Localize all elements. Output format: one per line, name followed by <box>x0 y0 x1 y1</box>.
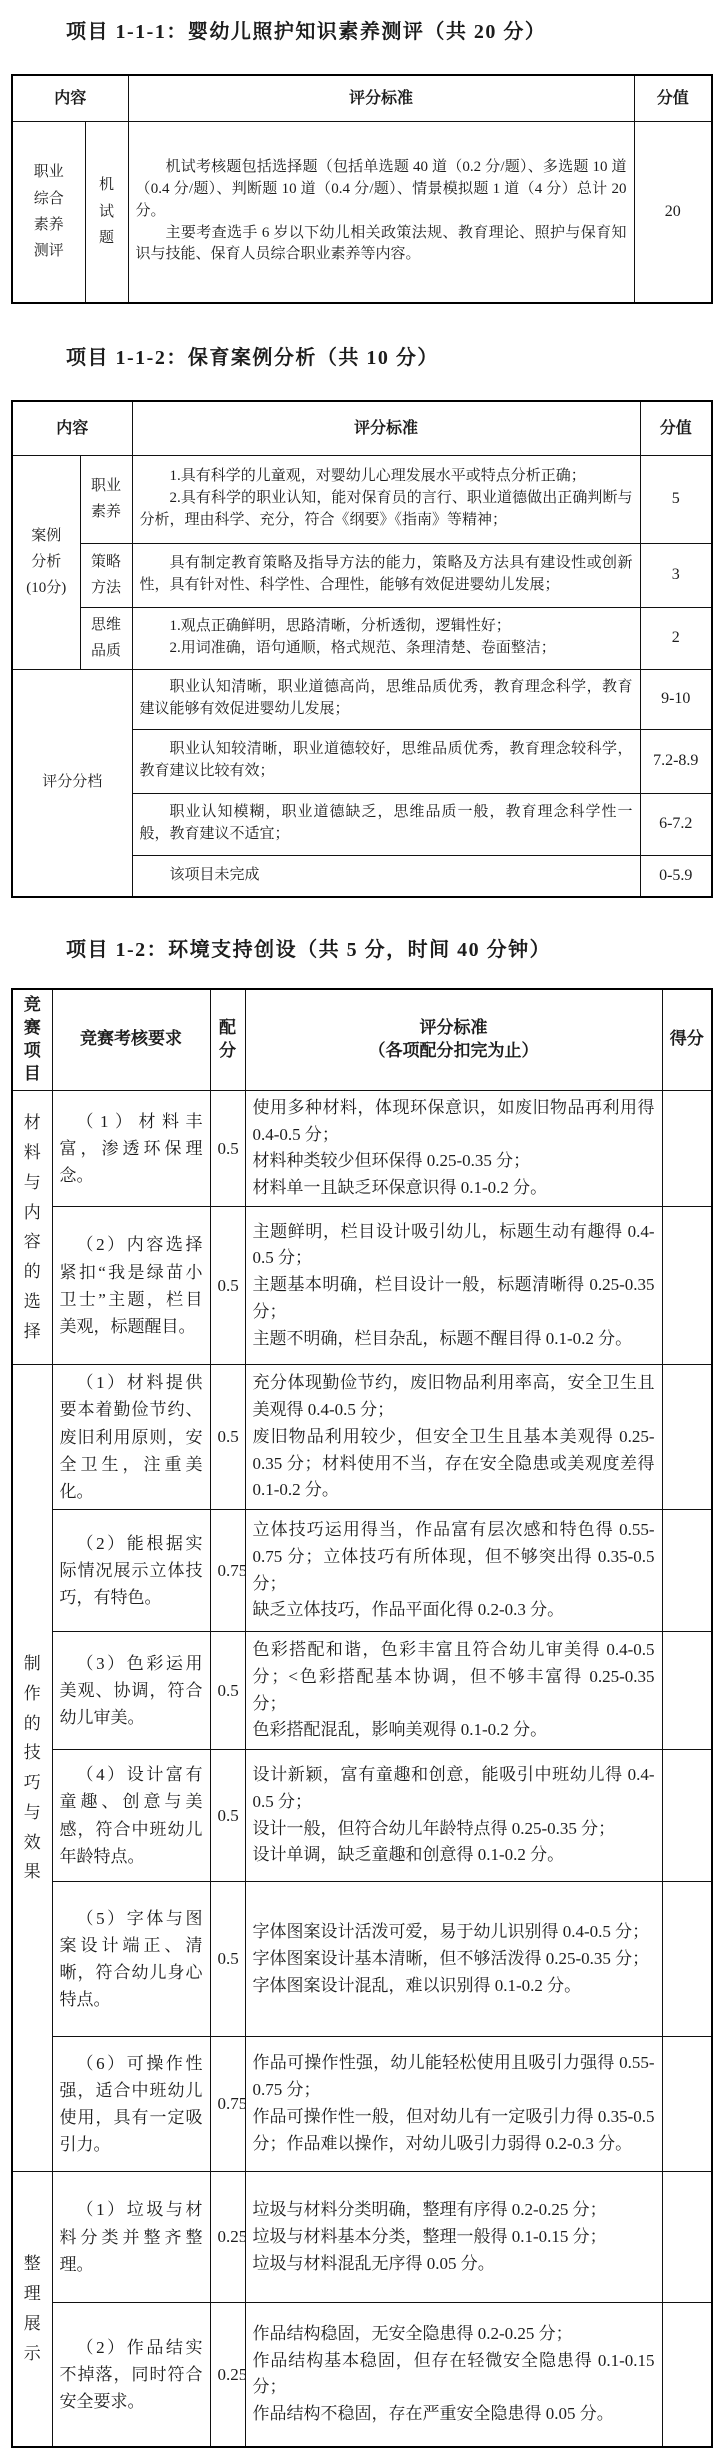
column-header-content: 内容 <box>12 401 132 455</box>
criteria-text: 立体技巧运用得当，作品富有层次感和特色得 0.55-0.75 分；立体技巧有所体… <box>253 1517 655 1624</box>
points-value: 0.25 <box>210 2303 245 2447</box>
requirement-text: （1）材料丰富，渗透环保理念。 <box>60 1108 203 1190</box>
section-title-1-1-2: 项目 1-1-2：保育案例分析（共 10 分） <box>0 346 723 370</box>
criteria-cell: 垃圾与材料分类明确，整理有序得 0.2-0.25 分； 垃圾与材料基本分类，整理… <box>245 2172 662 2303</box>
score-cell <box>662 1207 712 1365</box>
score-cell <box>662 2037 712 2172</box>
requirement-cell: （1）材料提供要本着勤俭节约、废旧利用原则，安全卫生，注重美化。 <box>52 1365 210 1510</box>
criteria-text: 作品可操作性强，幼儿能轻松使用且吸引力强得 0.55-0.75 分； 作品可操作… <box>253 2050 655 2157</box>
points-value: 0.5 <box>210 1750 245 1882</box>
column-header-score: 分值 <box>640 401 712 455</box>
criteria-cell: 职业认知较清晰，职业道德较好，思维品质优秀，教育理念较科学，教育建议比较有效； <box>132 729 640 793</box>
points-value: 0.5 <box>210 1090 245 1206</box>
criteria-cell: 1.具有科学的儿童观，对婴幼儿心理发展水平或特点分析正确； 2.具有科学的职业认… <box>132 455 640 543</box>
score-range: 7.2-8.9 <box>640 729 712 793</box>
requirement-cell: （1）材料丰富，渗透环保理念。 <box>52 1090 210 1206</box>
score-cell <box>662 1510 712 1632</box>
criteria-paragraph-2: 主要考查选手 6 岁以下幼儿相关政策法规、教育理论、照护与保育知识与技能、保育人… <box>136 223 627 267</box>
column-header-score: 得分 <box>662 989 712 1090</box>
criteria-cell: 职业认知模糊，职业道德缺乏，思维品质一般，教育理念科学性一般，教育建议不适宜； <box>132 793 640 855</box>
score-cell <box>662 1882 712 2037</box>
column-header-criteria: 评分标准 <box>128 75 634 121</box>
requirement-cell: （2）作品结实不掉落，同时符合安全要求。 <box>52 2303 210 2447</box>
criteria-cell: 立体技巧运用得当，作品富有层次感和特色得 0.55-0.75 分；立体技巧有所体… <box>245 1510 662 1632</box>
requirement-cell: （2）能根据实际情况展示立体技巧，有特色。 <box>52 1510 210 1632</box>
group-label-craft-effect: 制作 的技 巧与 效果 <box>12 1365 52 2172</box>
criteria-paragraph-1: 具有制定教育策略及指导方法的能力，策略及方法具有建设性或创新性，具有针对性、科学… <box>140 553 633 597</box>
column-header-criteria: 评分标准 （各项配分扣完为止） <box>245 989 662 1090</box>
criteria-cell: 使用多种材料，体现环保意识，如废旧物品再利用得 0.4-0.5 分； 材料种类较… <box>245 1090 662 1206</box>
subcategory-label: 策略 方法 <box>80 543 132 607</box>
criteria-cell: 字体图案设计活泼可爱，易于幼儿识别得 0.4-0.5 分； 字体图案设计基本清晰… <box>245 1882 662 2037</box>
criteria-cell: 主题鲜明，栏目设计吸引幼儿，标题生动有趣得 0.4-0.5 分； 主题基本明确，… <box>245 1207 662 1365</box>
group-label-tidy-display: 整理 展示 <box>12 2172 52 2447</box>
score-cell <box>662 1090 712 1206</box>
criteria-cell: 1.观点正确鲜明，思路清晰，分析透彻，逻辑性好； 2.用词准确，语句通顺，格式规… <box>132 607 640 669</box>
points-value: 0.5 <box>210 1882 245 2037</box>
category-label: 职业 综合 素养 测评 <box>12 121 85 303</box>
points-value: 0.5 <box>210 1207 245 1365</box>
requirement-cell: （1）垃圾与材料分类并整齐整理。 <box>52 2172 210 2303</box>
score-cell <box>662 1365 712 1510</box>
requirement-text: （2）内容选择紧扣“我是绿苗小卫士”主题，栏目美观，标题醒目。 <box>60 1231 203 1340</box>
subcategory-label: 机 试 题 <box>85 121 128 303</box>
points-value: 0.75 <box>210 2037 245 2172</box>
requirement-cell: （2）内容选择紧扣“我是绿苗小卫士”主题，栏目美观，标题醒目。 <box>52 1207 210 1365</box>
rubric-table-case-analysis: 内容 评分标准 分值 案例 分析 (10分) 职业 素养 1.具有科学的儿童观，… <box>11 400 713 898</box>
column-header-project: 竞赛 项目 <box>12 989 52 1090</box>
requirement-cell: （4）设计富有童趣、创意与美感，符合中班幼儿年龄特点。 <box>52 1750 210 1882</box>
requirement-text: （1）垃圾与材料分类并整齐整理。 <box>60 2196 203 2278</box>
score-value: 20 <box>634 121 712 303</box>
criteria-cell: 作品结构稳固，无安全隐患得 0.2-0.25 分； 作品结构基本稳固，但存在轻微… <box>245 2303 662 2447</box>
document-page: 项目 1-1-1：婴幼儿照护知识素养测评（共 20 分） 内容 评分标准 分值 … <box>0 0 723 2448</box>
group-label-score-bands: 评分分档 <box>12 669 132 897</box>
score-value: 5 <box>640 455 712 543</box>
score-cell <box>662 2172 712 2303</box>
criteria-cell: 作品可操作性强，幼儿能轻松使用且吸引力强得 0.55-0.75 分； 作品可操作… <box>245 2037 662 2172</box>
column-header-content: 内容 <box>12 75 128 121</box>
criteria-text: 垃圾与材料分类明确，整理有序得 0.2-0.25 分； 垃圾与材料基本分类，整理… <box>253 2197 655 2278</box>
column-header-requirement: 竞赛考核要求 <box>52 989 210 1090</box>
score-range: 9-10 <box>640 669 712 729</box>
rubric-table-knowledge-test: 内容 评分标准 分值 职业 综合 素养 测评 机 试 题 机试考核题包括选择题（… <box>11 74 713 304</box>
requirement-text: （6）可操作性强，适合中班幼儿使用，具有一定吸引力。 <box>60 2050 203 2159</box>
column-header-points: 配分 <box>210 989 245 1090</box>
criteria-text: 主题鲜明，栏目设计吸引幼儿，标题生动有趣得 0.4-0.5 分； 主题基本明确，… <box>253 1219 655 1353</box>
criteria-text: 充分体现勤俭节约，废旧物品利用率高，安全卫生且美观得 0.4-0.5 分； 废旧… <box>253 1370 655 1504</box>
band-text: 职业认知较清晰，职业道德较好，思维品质优秀，教育理念较科学，教育建议比较有效； <box>140 739 633 783</box>
rubric-table-environment-creation: 竞赛 项目 竞赛考核要求 配分 评分标准 （各项配分扣完为止） 得分 材料 与内… <box>11 988 713 2448</box>
group-label-case-analysis: 案例 分析 (10分) <box>12 455 80 669</box>
points-value: 0.5 <box>210 1365 245 1510</box>
criteria-cell: 充分体现勤俭节约，废旧物品利用率高，安全卫生且美观得 0.4-0.5 分； 废旧… <box>245 1365 662 1510</box>
column-header-score: 分值 <box>634 75 712 121</box>
score-value: 2 <box>640 607 712 669</box>
criteria-paragraph-1: 机试考核题包括选择题（包括单选题 40 道（0.2 分/题）、多选题 10 道（… <box>136 157 627 222</box>
score-cell <box>662 1632 712 1750</box>
group-label-materials-content: 材料 与内 容的 选择 <box>12 1090 52 1364</box>
requirement-text: （1）材料提供要本着勤俭节约、废旧利用原则，安全卫生，注重美化。 <box>60 1369 203 1505</box>
band-text: 职业认知清晰，职业道德高尚，思维品质优秀，教育理念科学，教育建议能够有效促进婴幼… <box>140 677 633 721</box>
requirement-text: （3）色彩运用美观、协调，符合幼儿审美。 <box>60 1650 203 1732</box>
requirement-cell: （3）色彩运用美观、协调，符合幼儿审美。 <box>52 1632 210 1750</box>
requirement-cell: （5）字体与图案设计端正、清晰，符合幼儿身心特点。 <box>52 1882 210 2037</box>
criteria-text: 字体图案设计活泼可爱，易于幼儿识别得 0.4-0.5 分； 字体图案设计基本清晰… <box>253 1919 655 2000</box>
requirement-text: （5）字体与图案设计端正、清晰，符合幼儿身心特点。 <box>60 1905 203 2014</box>
criteria-cell: 该项目未完成 <box>132 855 640 897</box>
score-cell <box>662 2303 712 2447</box>
criteria-text: 设计新颖，富有童趣和创意，能吸引中班幼儿得 0.4-0.5 分； 设计一般，但符… <box>253 1762 655 1869</box>
criteria-paragraph-2: 2.具有科学的职业认知，能对保育员的言行、职业道德做出正确判断与分析，理由科学、… <box>140 488 633 532</box>
points-value: 0.5 <box>210 1632 245 1750</box>
criteria-paragraph-2: 2.用词准确，语句通顺，格式规范、条理清楚、卷面整洁； <box>140 638 633 660</box>
criteria-text: 色彩搭配和谐，色彩丰富且符合幼儿审美得 0.4-0.5 分；<色彩搭配基本协调，… <box>253 1637 655 1744</box>
points-value: 0.75 <box>210 1510 245 1632</box>
score-value: 3 <box>640 543 712 607</box>
criteria-cell: 职业认知清晰，职业道德高尚，思维品质优秀，教育理念科学，教育建议能够有效促进婴幼… <box>132 669 640 729</box>
requirement-text: （4）设计富有童趣、创意与美感，符合中班幼儿年龄特点。 <box>60 1761 203 1870</box>
section-title-1-2: 项目 1-2：环境支持创设（共 5 分，时间 40 分钟） <box>0 938 723 962</box>
subcategory-label: 职业 素养 <box>80 455 132 543</box>
criteria-cell: 设计新颖，富有童趣和创意，能吸引中班幼儿得 0.4-0.5 分； 设计一般，但符… <box>245 1750 662 1882</box>
criteria-text: 使用多种材料，体现环保意识，如废旧物品再利用得 0.4-0.5 分； 材料种类较… <box>253 1095 655 1202</box>
band-text: 该项目未完成 <box>140 865 633 887</box>
requirement-text: （2）作品结实不掉落，同时符合安全要求。 <box>60 2334 203 2416</box>
criteria-cell: 色彩搭配和谐，色彩丰富且符合幼儿审美得 0.4-0.5 分；<色彩搭配基本协调，… <box>245 1632 662 1750</box>
requirement-cell: （6）可操作性强，适合中班幼儿使用，具有一定吸引力。 <box>52 2037 210 2172</box>
requirement-text: （2）能根据实际情况展示立体技巧，有特色。 <box>60 1530 203 1612</box>
criteria-cell: 具有制定教育策略及指导方法的能力，策略及方法具有建设性或创新性，具有针对性、科学… <box>132 543 640 607</box>
criteria-paragraph-1: 1.观点正确鲜明，思路清晰，分析透彻，逻辑性好； <box>140 616 633 638</box>
section-title-1-1-1: 项目 1-1-1：婴幼儿照护知识素养测评（共 20 分） <box>0 20 723 44</box>
criteria-cell: 机试考核题包括选择题（包括单选题 40 道（0.2 分/题）、多选题 10 道（… <box>128 121 634 303</box>
points-value: 0.25 <box>210 2172 245 2303</box>
subcategory-label: 思维 品质 <box>80 607 132 669</box>
criteria-paragraph-1: 1.具有科学的儿童观，对婴幼儿心理发展水平或特点分析正确； <box>140 466 633 488</box>
score-cell <box>662 1750 712 1882</box>
score-range: 6-7.2 <box>640 793 712 855</box>
criteria-text: 作品结构稳固，无安全隐患得 0.2-0.25 分； 作品结构基本稳固，但存在轻微… <box>253 2321 655 2428</box>
score-range: 0-5.9 <box>640 855 712 897</box>
column-header-criteria: 评分标准 <box>132 401 640 455</box>
band-text: 职业认知模糊，职业道德缺乏，思维品质一般，教育理念科学性一般，教育建议不适宜； <box>140 802 633 846</box>
